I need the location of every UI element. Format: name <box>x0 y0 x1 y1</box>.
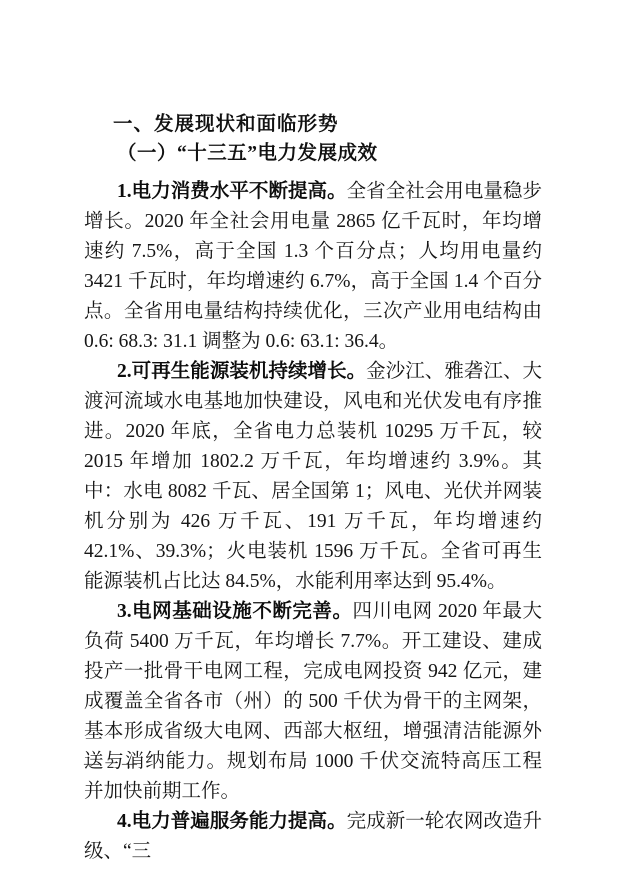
paragraph-2-text: 金沙江、雅砻江、大渡河流域水电基地加快建设，风电和光伏发电有序推进。2020 年… <box>84 361 542 592</box>
paragraph-3-lead: 3.电网基础设施不断完善。 <box>117 601 352 622</box>
subsection-heading: （一）“十三五”电力发展成效 <box>84 139 542 169</box>
paragraph-3-text: 四川电网 2020 年最大负荷 5400 万千瓦，年均增长 7.7%。开工建设、… <box>84 601 542 802</box>
document-content: 一、发展现状和面临形势 （一）“十三五”电力发展成效 1.电力消费水平不断提高。… <box>84 109 542 867</box>
paragraph-2-lead: 2.可再生能源装机持续增长。 <box>117 361 366 382</box>
section-heading: 一、发展现状和面临形势 <box>84 109 542 139</box>
paragraph-4-lead: 4.电力普遍服务能力提高。 <box>117 811 347 832</box>
paragraph-1-lead: 1.电力消费水平不断提高。 <box>117 181 347 202</box>
paragraph-1: 1.电力消费水平不断提高。全省全社会用电量稳步增长。2020 年全社会用电量 2… <box>84 177 542 357</box>
paragraph-3: 3.电网基础设施不断完善。四川电网 2020 年最大负荷 5400 万千瓦，年均… <box>84 597 542 807</box>
paragraph-4: 4.电力普遍服务能力提高。完成新一轮农网改造升级、“三 <box>84 807 542 867</box>
paragraph-1-text: 全省全社会用电量稳步增长。2020 年全社会用电量 2865 亿千瓦时，年均增速… <box>84 181 542 352</box>
paragraph-2: 2.可再生能源装机持续增长。金沙江、雅砻江、大渡河流域水电基地加快建设，风电和光… <box>84 357 542 597</box>
document-page: 一、发展现状和面临形势 （一）“十三五”电力发展成效 1.电力消费水平不断提高。… <box>0 0 620 876</box>
page-number: — 2 — <box>84 755 139 773</box>
